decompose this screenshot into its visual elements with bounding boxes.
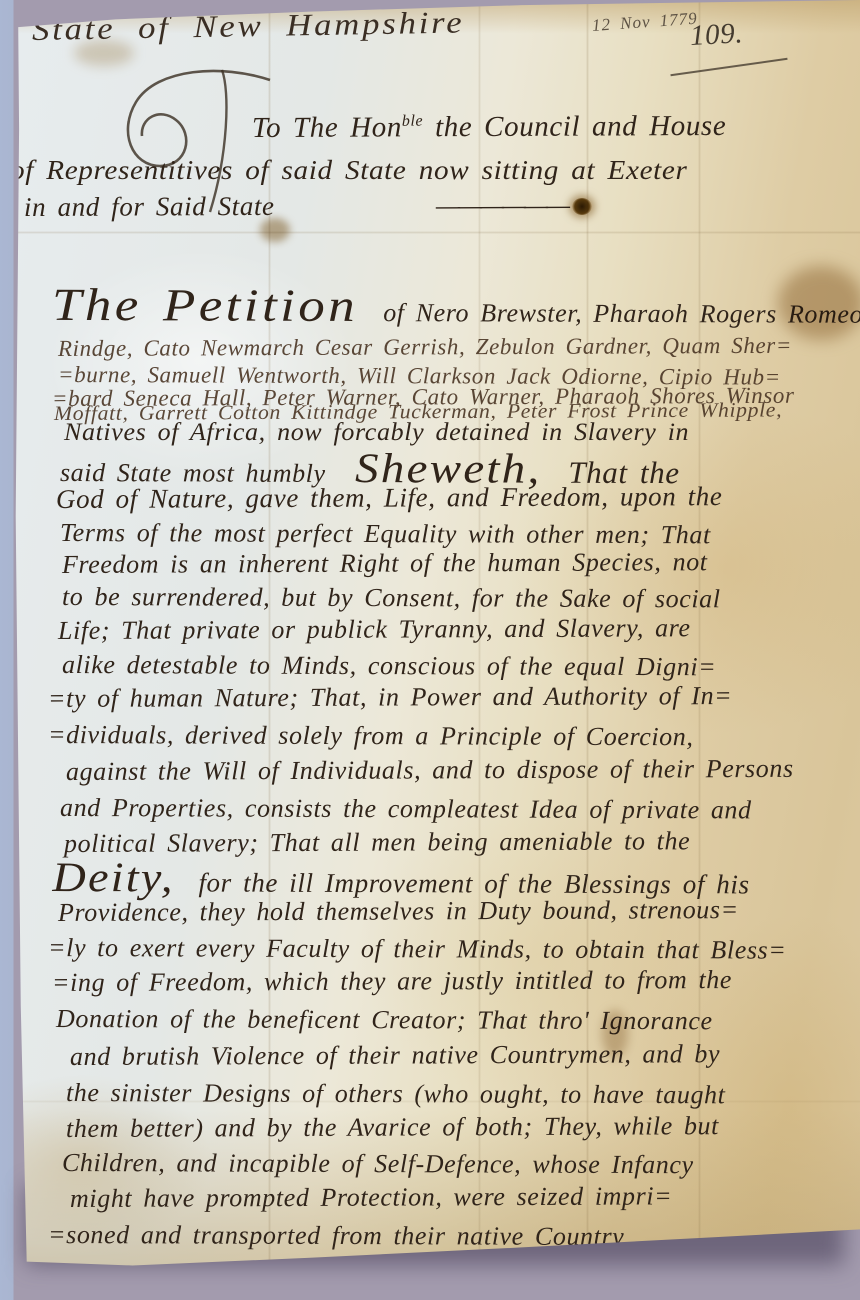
page-number-underline <box>670 58 787 76</box>
manuscript-line: might have prompted Protection, were sei… <box>70 1181 672 1214</box>
page-header-title: State of New Hampshire <box>32 4 465 48</box>
burn-spot <box>572 198 592 215</box>
salutation-dash: —————— <box>436 190 568 222</box>
manuscript-line: against the Will of Individuals, and to … <box>66 754 794 787</box>
petitioner-names-line: Natives of Africa, now forcably detained… <box>64 419 689 447</box>
honorific-superscript: ble <box>402 113 423 130</box>
manuscript-line: them better) and by the Avarice of both;… <box>66 1111 719 1144</box>
salutation-honorific: To The Hon <box>252 111 402 144</box>
petition-opening-line: The Petition of Nero Brewster, Pharaoh R… <box>72 278 860 334</box>
manuscript-line: =ing of Freedom, which they are justly i… <box>52 965 732 998</box>
deity-word: Deity, <box>52 854 174 902</box>
salutation-line-2: of Representitives of said State now sit… <box>10 155 688 186</box>
manuscript-line: Freedom is an inherent Right of the huma… <box>62 547 708 580</box>
salutation-addressee: the Council and House <box>423 110 726 143</box>
page-number: 109. <box>689 17 744 53</box>
manuscript-line: Providence, they hold themselves in Duty… <box>58 895 739 928</box>
manuscript-line: and Properties, consists the compleatest… <box>60 793 752 825</box>
manuscript-line: Children, and incapible of Self-Defence,… <box>62 1148 694 1180</box>
petitioner-names-line: Rindge, Cato Newmarch Cesar Gerrish, Zeb… <box>58 333 792 362</box>
manuscript-line: the sinister Designs of others (who ough… <box>66 1078 726 1110</box>
petition-opening-rest: of Nero Brewster, Pharaoh Rogers Romeo <box>383 298 860 329</box>
manuscript-line: Terms of the most perfect Equality with … <box>60 518 711 550</box>
salutation-line-3: in and for Said State —————— <box>24 190 568 223</box>
manuscript-line: and brutish Violence of their native Cou… <box>70 1039 720 1072</box>
manuscript-page: State of New Hampshire 12 Nov 1779 109. … <box>14 0 860 1290</box>
petition-opening-large: The Petition <box>52 278 358 332</box>
manuscript-line: alike detestable to Minds, conscious of … <box>62 650 716 682</box>
salutation-line-1: To The Honble the Council and House <box>252 110 726 145</box>
manuscript-line: to be surrendered, but by Consent, for t… <box>62 582 721 614</box>
manuscript-line: =dividuals, derived solely from a Princi… <box>48 720 694 752</box>
manuscript-line: =ly to exert every Faculty of their Mind… <box>48 933 787 966</box>
salutation-line-3-text: in and for Said State <box>24 191 275 222</box>
fold-crease-horizontal <box>14 231 860 234</box>
manuscript-line: God of Nature, gave them, Life, and Free… <box>56 481 723 515</box>
manuscript-line: Donation of the beneficent Creator; That… <box>56 1004 713 1036</box>
manuscript-line: =ty of human Nature; That, in Power and … <box>48 681 732 714</box>
manuscript-line: Life; That private or publick Tyranny, a… <box>58 613 691 646</box>
date-stamp: 12 Nov 1779 <box>591 9 698 36</box>
